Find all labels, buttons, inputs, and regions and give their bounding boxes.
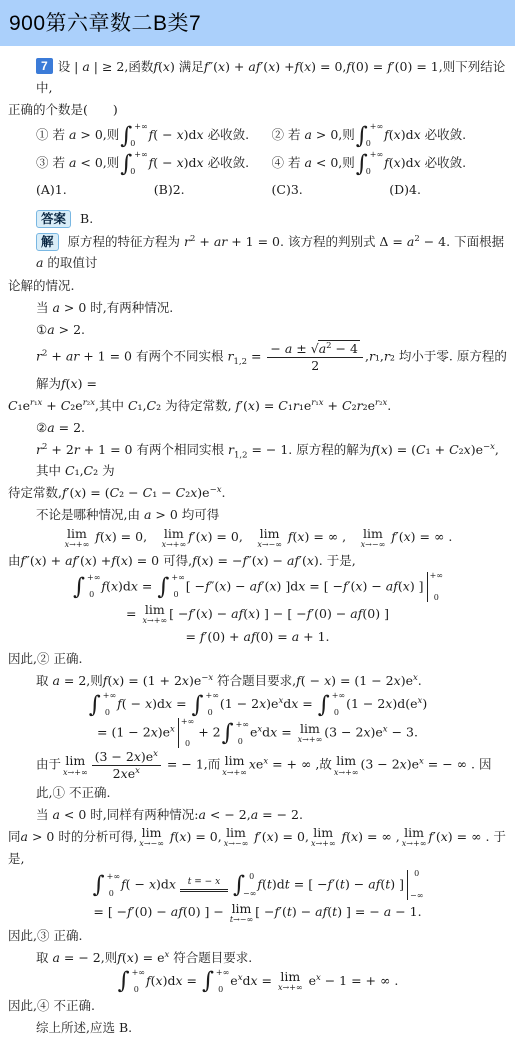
solution-line-20: 当 a < 0 时,同样有两种情况:a < − 2,a = − 2.	[8, 804, 507, 825]
question-number-badge: 7	[36, 58, 53, 74]
solution-line-11: 由f″(x) + af′(x) +f(x) = 0 可得,f(x) = −f″(…	[8, 550, 507, 571]
option-4: ④ 若 a < 0,则∫+∞0f(x)dx 必收敛.	[272, 150, 508, 176]
solution-line-3: ①a > 2.	[8, 319, 507, 340]
solution-line-21: 同a > 0 时的分析可得,limx→−∞ f(x) = 0,limx→−∞ f…	[8, 826, 507, 870]
answer-value: B.	[80, 211, 93, 226]
solution-line-19: 由于limx→+∞(3 − 2x)ex2xex = − 1,而limx→+∞xe…	[8, 749, 507, 802]
solution-line-7: r2 + 2r + 1 = 0 有两个相同实根 r1,2 = − 1. 原方程的…	[8, 439, 507, 481]
solution-line-22: ∫+∞0f( − x)dxt = − x∫0−∞f(t)dt = [ −f′(t…	[8, 870, 507, 900]
choice-A: (A)1.	[36, 179, 154, 200]
solution-line-5: C₁er₁x + C₂er₂x,其中 C₁,C₂ 为待定常数, f′(x) = …	[8, 395, 507, 416]
solution-intro-line: 解原方程的特征方程为 r2 + ar + 1 = 0. 该方程的判别式 Δ = …	[8, 231, 507, 273]
solution-line-15: 因此,② 正确.	[8, 648, 507, 669]
solution-line-25: 取 a = − 2,则f(x) = ex 符合题目要求.	[8, 947, 507, 968]
solution-line-1: 论解的情况.	[8, 275, 507, 296]
answer-tag: 答案	[36, 210, 71, 228]
choice-B: (B)2.	[154, 179, 272, 200]
choice-C: (C)3.	[272, 179, 390, 200]
solution-line-2: 当 a > 0 时,有两种情况.	[8, 297, 507, 318]
solution-line-24: 因此,③ 正确.	[8, 925, 507, 946]
solution-intro-text: 原方程的特征方程为 r2 + ar + 1 = 0. 该方程的判别式 Δ = a…	[36, 234, 504, 270]
document-body: 7设 | a | ≥ 2,函数f(x) 满足f″(x) + af′(x) +f(…	[0, 46, 515, 1045]
option-1: ① 若 a > 0,则∫+∞0f( − x)dx 必收敛.	[36, 122, 272, 148]
solution-line-9: 不论是哪种情况,由 a > 0 均可得	[8, 504, 507, 525]
solution-tag: 解	[36, 233, 59, 251]
solution-line-26: ∫+∞0f(x)dx = ∫+∞0exdx = limx→+∞ ex − 1 =…	[8, 969, 507, 994]
solution-line-14: = f′(0) + af(0) = a + 1.	[8, 626, 507, 647]
options-grid: ① 若 a > 0,则∫+∞0f( − x)dx 必收敛.② 若 a > 0,则…	[8, 122, 507, 176]
solution-line-6: ②a = 2.	[8, 417, 507, 438]
option-2: ② 若 a > 0,则∫+∞0f(x)dx 必收敛.	[272, 122, 508, 148]
problem-statement-line2: 正确的个数是( )	[8, 99, 507, 120]
solution-line-17: ∫+∞0f( − x)dx = ∫+∞0(1 − 2x)exdx = ∫+∞0(…	[8, 692, 507, 717]
solution-line-8: 待定常数,f′(x) = (C₂ − C₁ − C₂x)e−x.	[8, 482, 507, 503]
solution-line-4: r2 + ar + 1 = 0 有两个不同实根 r1,2 = − a ± √a2…	[8, 341, 507, 394]
solution-line-27: 因此,④ 不正确.	[8, 995, 507, 1016]
solution-line-13: = limx→+∞[ −f′(x) − af(x) ] − [ −f′(0) −…	[8, 603, 507, 626]
solution-line-16: 取 a = 2,则f(x) = (1 + 2x)e−x 符合题目要求,f( − …	[8, 670, 507, 691]
choice-D: (D)4.	[389, 179, 507, 200]
solution-line-28: 综上所述,应选 B.	[8, 1017, 507, 1038]
solution-line-23: = [ −f′(0) − af(0) ] − limt→−∞[ −f′(t) −…	[8, 901, 507, 924]
choices-row: (A)1.(B)2.(C)3.(D)4.	[8, 179, 507, 200]
solution-line-12: ∫+∞0f(x)dx = ∫+∞0[ −f″(x) − af′(x) ]dx =…	[8, 572, 507, 602]
title-bar: 900第六章数二B类7	[0, 0, 515, 46]
problem-text-1: 设 | a | ≥ 2,函数f(x) 满足f″(x) + af′(x) +f(x…	[36, 59, 505, 95]
page-title: 900第六章数二B类7	[9, 12, 201, 35]
answer-line: 答案B.	[36, 208, 507, 229]
problem-statement-line1: 7设 | a | ≥ 2,函数f(x) 满足f″(x) + af′(x) +f(…	[8, 56, 507, 98]
solution-line-10: limx→+∞ f(x) = 0, limx→+∞f′(x) = 0, limx…	[8, 526, 507, 549]
solution-line-18: = (1 − 2x)ex+∞0 + 2∫+∞0exdx = limx→+∞(3 …	[8, 718, 507, 748]
solution-body: 论解的情况.当 a > 0 时,有两种情况.①a > 2.r2 + ar + 1…	[8, 275, 507, 1038]
option-3: ③ 若 a < 0,则∫+∞0f( − x)dx 必收敛.	[36, 150, 272, 176]
